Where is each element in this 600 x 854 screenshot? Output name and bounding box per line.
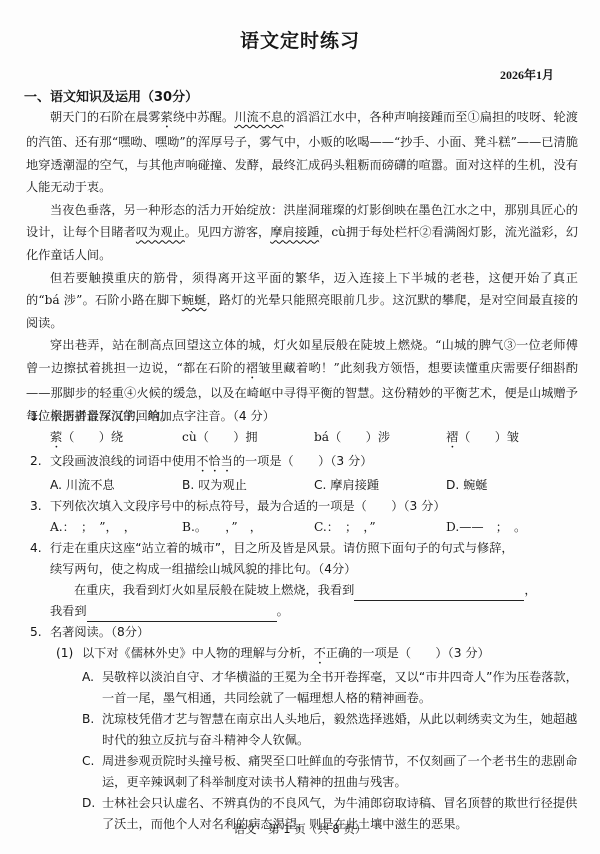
stem-text: 文段画波浪线的词语中使用: [50, 454, 196, 468]
item-blank: （ ）皱: [458, 430, 519, 444]
question-stem-continued: 续写两句，使之构成一组描绘山城风貌的排比句。（4分）: [30, 559, 578, 580]
option-c[interactable]: C.： ； ，”: [314, 517, 446, 538]
question-number: 2.: [30, 451, 50, 475]
question-stem: 名著阅读。（8分）: [50, 622, 149, 643]
question-stem: 根据拼音写汉字，给加点字注音。（4 分）: [50, 406, 275, 427]
exam-date: 2026年1月: [500, 66, 554, 83]
option-label: A.: [82, 667, 102, 709]
questions: 1. 根据拼音写汉字，给加点字注音。（4 分） 萦（ ）绕 cù（ ）拥 bá（…: [30, 406, 578, 835]
sub-question-number: (1): [56, 643, 82, 667]
pinyin-item[interactable]: 萦（ ）绕: [50, 427, 182, 451]
passage-paragraph: 当夜色垂落，另一种形态的活力开始绽放：洪崖洞璀璨的灯影倒映在墨色江水之中，那别具…: [26, 199, 578, 267]
item-pinyin: bá: [314, 430, 329, 444]
item-char: 萦: [50, 430, 62, 444]
question-number: 5.: [30, 622, 50, 643]
question-2-options: A. 川流不息 B. 叹为观止 C. 摩肩接踵 D. 蜿蜒: [30, 475, 578, 496]
option-text: 周进参观贡院时头撞号板、痛哭至口吐鲜血的夸张情节，不仅刻画了一个老书生的悲剧命运…: [102, 751, 578, 793]
example-text: 在重庆，我看到灯火如星辰般在陡坡上燃烧，我看到: [74, 583, 354, 597]
exam-page: 语文定时练习 2026年1月 一、语文知识及运用（30分） 朝天门的石阶在晨雾萦…: [0, 0, 600, 854]
option-d[interactable]: D.—— ； 。: [446, 517, 578, 538]
passage-paragraph: 朝天门的石阶在晨雾萦绕中苏醒。川流不息的滔滔江水中，各种声响接踵而至①扁担的吱呀…: [26, 106, 578, 199]
stem-text: 正确的一项是（ ）（3 分）: [326, 646, 490, 660]
answer-blank-2[interactable]: [87, 607, 277, 622]
question-stem: 行走在重庆这座“站立着的城市”，目之所及皆是风景。请仿照下面句子的句式与修辞，: [50, 538, 514, 559]
option-text: 沈琼枝凭借才艺与智慧在南京出人头地后，毅然选择逃婚，从此以刺绣卖文为生，她超越时…: [102, 709, 578, 751]
stem-emphasis: 不: [314, 646, 326, 660]
item-char: 褶: [446, 430, 458, 444]
wavy-underlined-term: 川流不息: [234, 110, 283, 124]
option-a[interactable]: A.： ； ”， ，: [50, 517, 182, 538]
question-4: 4. 行走在重庆这座“站立着的城市”，目之所及皆是风景。请仿照下面句子的句式与修…: [30, 538, 578, 559]
stem-text: 的一项是（ ）（3 分）: [233, 454, 373, 468]
passage-text: 绕中苏醒。: [173, 110, 234, 124]
option-b[interactable]: B.。 ，” ，: [182, 517, 314, 538]
option-a[interactable]: A. 川流不息: [50, 475, 182, 496]
pinyin-items: 萦（ ）绕 cù（ ）拥 bá（ ）涉 褶（ ）皱: [30, 427, 578, 451]
question-3-options: A.： ； ”， ， B.。 ，” ， C.： ； ，” D.—— ； 。: [30, 517, 578, 538]
question-stem: 文段画波浪线的词语中使用不恰当的一项是（ ）（3 分）: [50, 451, 372, 475]
option-label: B.: [82, 709, 102, 751]
page-footer: 语文 第 1 页（共 8 页）: [0, 821, 600, 837]
question-5: 5. 名著阅读。（8分）: [30, 622, 578, 643]
option-c[interactable]: C. 周进参观贡院时头撞号板、痛哭至口吐鲜血的夸张情节，不仅刻画了一个老书生的悲…: [30, 751, 578, 793]
stem-emphasis: 不恰当: [196, 454, 233, 468]
punct: ，: [524, 583, 536, 597]
wavy-underlined-term: 蜿蜒: [182, 293, 207, 307]
sub-question-stem: 以下对《儒林外史》中人物的理解与分析，不正确的一项是（ ）（3 分）: [82, 643, 490, 667]
page-title: 语文定时练习: [0, 26, 600, 53]
answer-line-2: 我看到。: [30, 601, 578, 622]
question-number: 3.: [30, 496, 50, 517]
passage-paragraph: 但若要触摸重庆的筋骨，须得离开这平面的繁华，迈入连接上下半城的老巷，这便开始了真…: [26, 267, 578, 335]
option-text: 吴敬梓以淡泊自守、才华横溢的王冕为全书开卷挥毫，又以“市井四奇人”作为压卷落款，…: [102, 667, 578, 709]
section-heading: 一、语文知识及运用（30分）: [24, 86, 198, 105]
question-3: 3. 下列依次填入文段序号中的标点符号，最为合适的一项是（ ）（3 分）: [30, 496, 578, 517]
example-sentence: 在重庆，我看到灯火如星辰般在陡坡上燃烧，我看到，: [30, 580, 578, 601]
passage-text: 朝天门的石阶在晨雾: [50, 110, 161, 124]
option-a[interactable]: A. 吴敬梓以淡泊自守、才华横溢的王冕为全书开卷挥毫，又以“市井四奇人”作为压卷…: [30, 667, 578, 709]
reading-passage: 朝天门的石阶在晨雾萦绕中苏醒。川流不息的滔滔江水中，各种声响接踵而至①扁担的吱呀…: [26, 106, 578, 427]
emphasized-char: 萦: [161, 110, 173, 124]
option-c[interactable]: C. 摩肩接踵: [314, 475, 446, 496]
item-blank: （ ）绕: [62, 430, 123, 444]
question-number: 4.: [30, 538, 50, 559]
question-stem: 下列依次填入文段序号中的标点符号，最为合适的一项是（ ）（3 分）: [50, 496, 446, 517]
punct: 。: [277, 604, 289, 618]
answer-blank-1[interactable]: [354, 586, 524, 601]
stem-text: 以下对《儒林外史》中人物的理解与分析，: [82, 646, 314, 660]
question-1: 1. 根据拼音写汉字，给加点字注音。（4 分）: [30, 406, 578, 427]
wavy-underlined-term: 叹为观止: [136, 225, 185, 239]
passage-text: 。见四方游客，: [185, 225, 270, 239]
question-number: 1.: [30, 406, 50, 427]
option-b[interactable]: B. 沈琼枝凭借才艺与智慧在南京出人头地后，毅然选择逃婚，从此以刺绣卖文为生，她…: [30, 709, 578, 751]
item-pinyin: cù: [182, 430, 197, 444]
option-d[interactable]: D. 蜿蜒: [446, 475, 578, 496]
question-5-1: (1) 以下对《儒林外史》中人物的理解与分析，不正确的一项是（ ）（3 分）: [30, 643, 578, 667]
option-b[interactable]: B. 叹为观止: [182, 475, 314, 496]
question-2: 2. 文段画波浪线的词语中使用不恰当的一项是（ ）（3 分）: [30, 451, 578, 475]
pinyin-item[interactable]: cù（ ）拥: [182, 427, 314, 451]
item-blank: （ ）拥: [197, 430, 258, 444]
emphasized-char: 褶: [246, 361, 259, 375]
option-label: C.: [82, 751, 102, 793]
wavy-underlined-term: 摩肩接踵: [270, 225, 319, 239]
item-blank: （ ）涉: [329, 430, 390, 444]
pinyin-item[interactable]: bá（ ）涉: [314, 427, 446, 451]
line-prefix: 我看到: [50, 604, 87, 618]
pinyin-item[interactable]: 褶（ ）皱: [446, 427, 578, 451]
